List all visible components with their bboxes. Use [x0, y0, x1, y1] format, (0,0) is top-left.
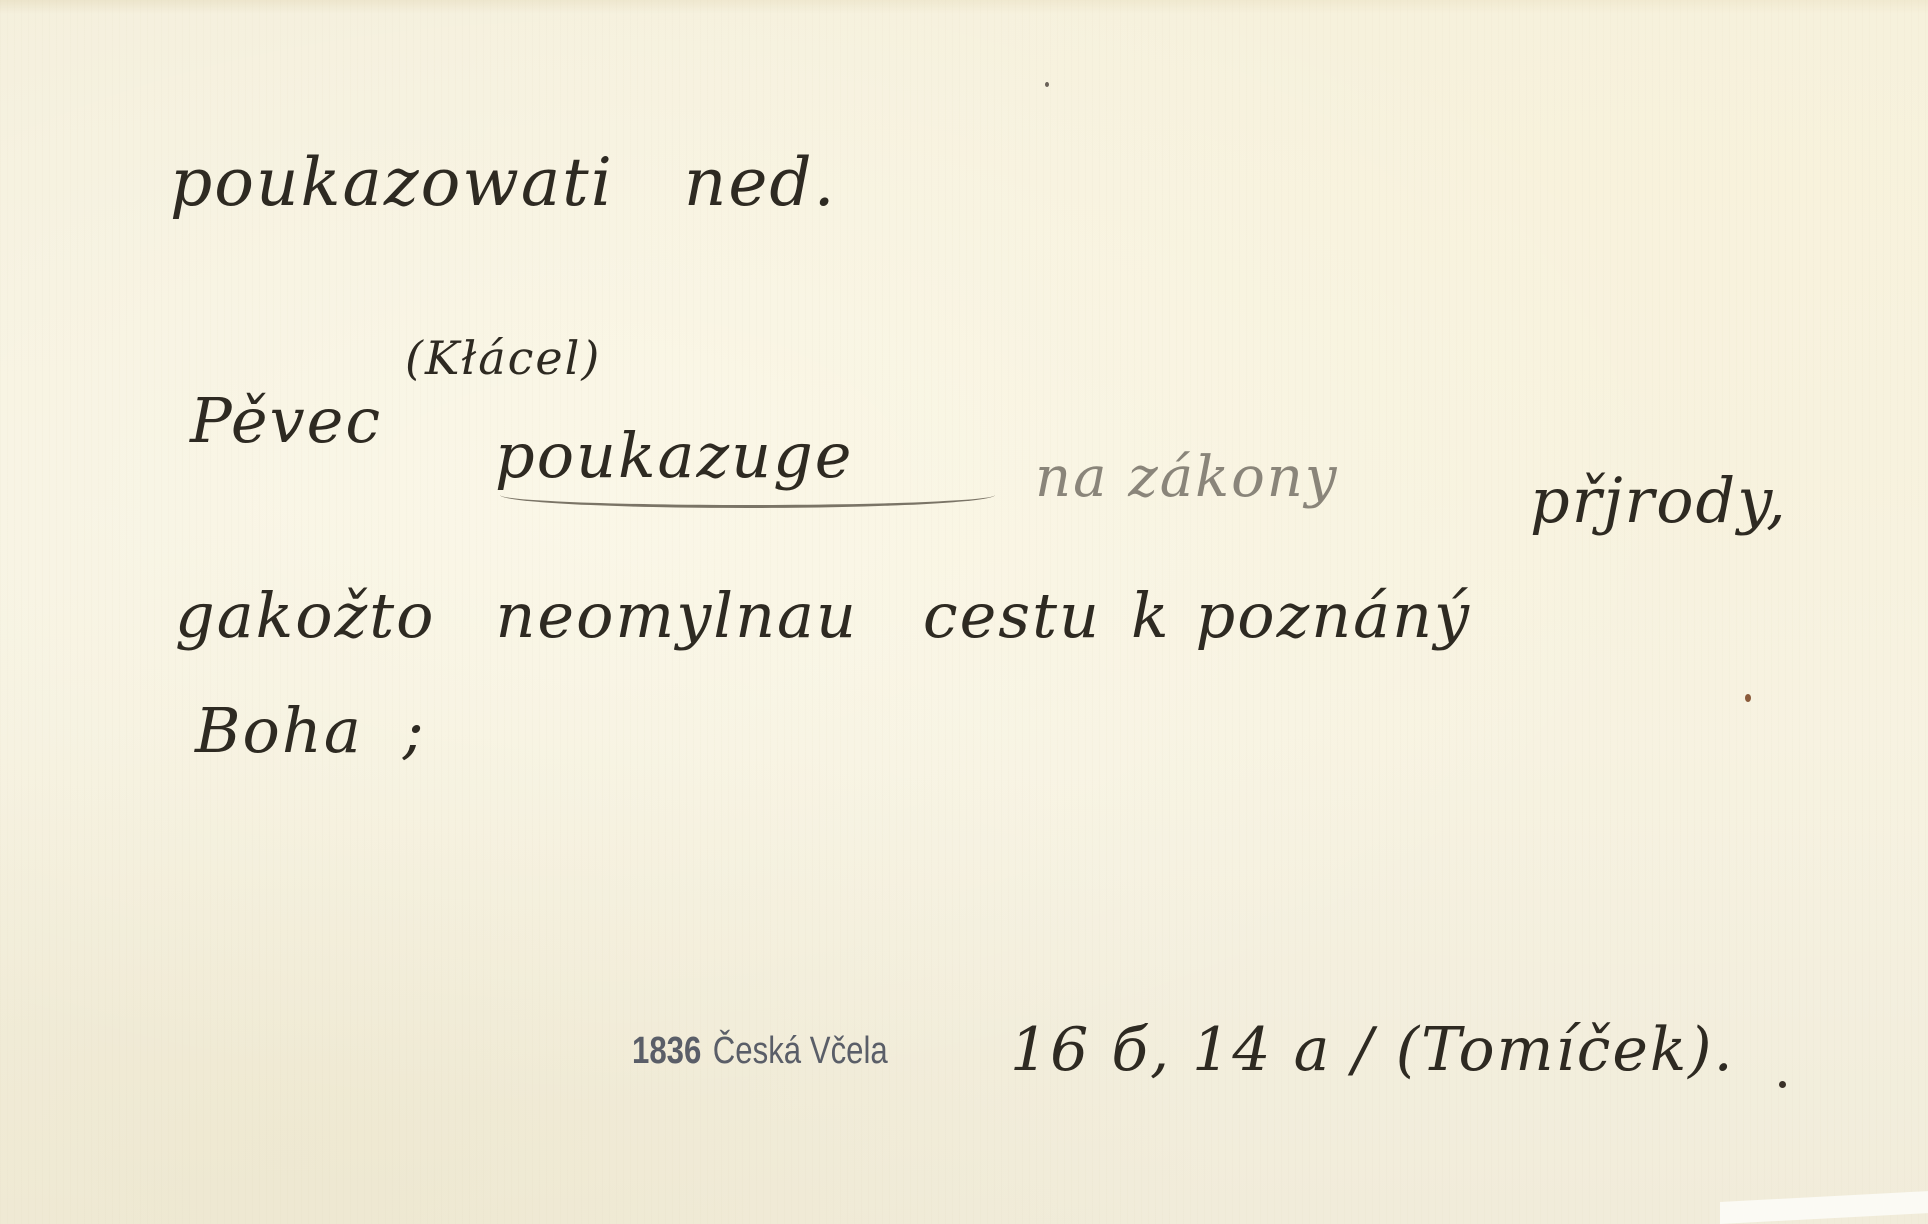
word-prirody: přjrody, — [1530, 470, 1788, 532]
handwritten-line-3: gakožtoneomylnaucestukpoznáný — [175, 585, 1471, 647]
word-poukazuge: poukazuge — [495, 425, 853, 487]
word-boha: Boha — [195, 694, 363, 767]
word-pevec: Pěvec — [190, 390, 382, 452]
word-cestu: cestu — [923, 579, 1101, 652]
stamp-publication: Česká Včela — [713, 1030, 888, 1072]
word-k: k — [1131, 579, 1171, 652]
word-neomylnau: neomylnau — [495, 579, 857, 652]
handwritten-line-4: Boha; — [195, 700, 426, 762]
word-ned: ned. — [684, 144, 837, 221]
handwritten-line-1: poukazowatined. — [170, 150, 837, 216]
ink-speck — [1045, 82, 1049, 87]
word-gakozto: gakožto — [175, 579, 435, 652]
word-poukazowati: poukazowati — [170, 144, 614, 221]
ink-speck — [1745, 694, 1751, 702]
stamp-year: 1836 — [632, 1030, 701, 1072]
index-card: poukazowatined. (Kłácel) Pěvec poukazuge… — [0, 0, 1928, 1224]
source-reference: 16 б, 14 a / (Tomíček). — [1010, 1020, 1735, 1080]
insertion-klacel: (Kłácel) — [405, 335, 601, 381]
card-edge — [1720, 1191, 1928, 1224]
phrase-na-zakony: na zákony — [1035, 450, 1339, 506]
word-poznany: poznáný — [1196, 579, 1472, 652]
underline-stroke — [500, 495, 995, 508]
source-stamp: 1836Česká Včela — [632, 1030, 888, 1073]
semicolon: ; — [403, 694, 426, 767]
ink-dot — [1779, 1081, 1786, 1088]
